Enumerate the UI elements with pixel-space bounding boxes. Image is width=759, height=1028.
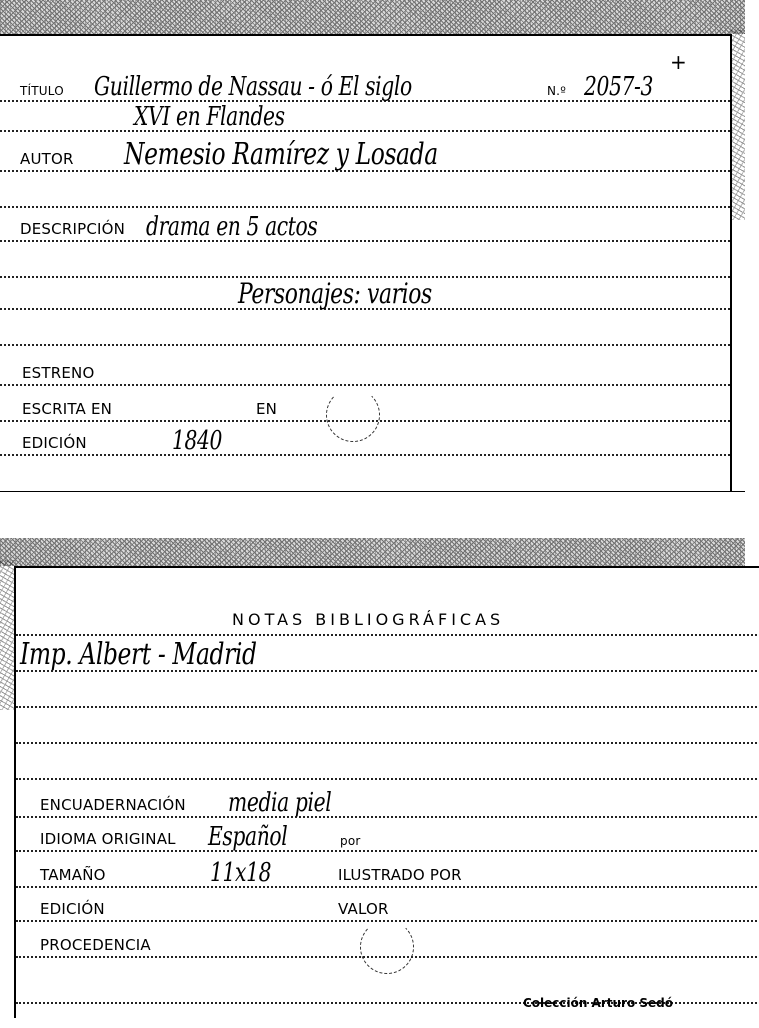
row-blank-2 xyxy=(0,248,730,278)
plus-mark: + xyxy=(670,50,687,74)
value-titulo-line1: Guillermo de Nassau - ó El siglo xyxy=(94,74,412,100)
label-titulo: Título xyxy=(20,84,64,98)
row-tamano: Tamaño 11x18 Ilustrado por xyxy=(16,858,759,888)
row-note-1: Imp. Albert - Madrid xyxy=(16,642,759,672)
label-descripcion: Descripción xyxy=(20,220,125,238)
value-idioma-original: Español xyxy=(208,824,287,850)
scan-noise-right xyxy=(731,30,745,220)
value-note-1: Imp. Albert - Madrid xyxy=(20,640,257,670)
stamp-circle xyxy=(326,388,380,442)
label-escrita-en: Escrita en xyxy=(22,400,112,418)
stamp-circle-back xyxy=(360,920,414,974)
label-autor: Autor xyxy=(20,150,74,168)
row-idioma-original: Idioma original Español por xyxy=(16,822,759,852)
label-edicion: Edición xyxy=(22,434,87,452)
row-autor: Autor Nemesio Ramírez y Losada xyxy=(0,142,730,172)
value-edicion: 1840 xyxy=(172,428,222,454)
label-ilustrado-por: Ilustrado por xyxy=(338,866,462,884)
label-por: por xyxy=(340,834,361,848)
value-tamano: 11x18 xyxy=(210,860,271,886)
row-estreno: Estreno xyxy=(0,356,730,386)
row-blank-3 xyxy=(0,316,730,346)
value-titulo-line2: XVI en Flandes xyxy=(134,104,285,130)
scan-noise-left xyxy=(0,560,14,710)
label-encuadernacion: Encuadernación xyxy=(40,796,186,814)
value-descripcion: drama en 5 actos xyxy=(146,214,317,240)
label-idioma-original: Idioma original xyxy=(40,830,176,848)
row-descripcion: Descripción drama en 5 actos xyxy=(0,212,730,242)
scan-noise-top xyxy=(0,0,745,34)
row-blank-1 xyxy=(0,178,730,208)
label-tamano: Tamaño xyxy=(40,866,106,884)
row-note-blank-3 xyxy=(16,750,759,780)
scan-noise-middle xyxy=(0,538,745,566)
row-personajes: Personajes: varios xyxy=(0,280,730,310)
row-edicion-valor: Edición Valor xyxy=(16,892,759,922)
card-divider xyxy=(0,491,745,492)
row-titulo-cont: XVI en Flandes xyxy=(0,102,730,132)
value-personajes: Personajes: varios xyxy=(238,280,432,308)
collection-credit: Colección Arturo Sedó xyxy=(523,996,673,1010)
row-encuadernacion: Encuadernación media piel xyxy=(16,788,759,818)
label-numero: N.º xyxy=(547,84,566,98)
row-notes-header xyxy=(16,604,759,636)
value-encuadernacion: media piel xyxy=(228,790,331,816)
catalog-card-back: Notas bibliográficas Imp. Albert - Madri… xyxy=(14,566,759,1018)
label-edicion-back: Edición xyxy=(40,900,105,918)
label-en: En xyxy=(256,400,277,418)
label-valor: Valor xyxy=(338,900,389,918)
row-titulo: Título Guillermo de Nassau - ó El siglo … xyxy=(0,72,730,102)
row-note-blank-2 xyxy=(16,714,759,744)
row-note-blank-1 xyxy=(16,678,759,708)
value-autor: Nemesio Ramírez y Losada xyxy=(124,140,438,170)
catalog-card-front: Título Guillermo de Nassau - ó El siglo … xyxy=(0,34,732,491)
label-estreno: Estreno xyxy=(22,364,95,382)
label-procedencia: Procedencia xyxy=(40,936,151,954)
value-numero: 2057-3 xyxy=(584,74,653,100)
